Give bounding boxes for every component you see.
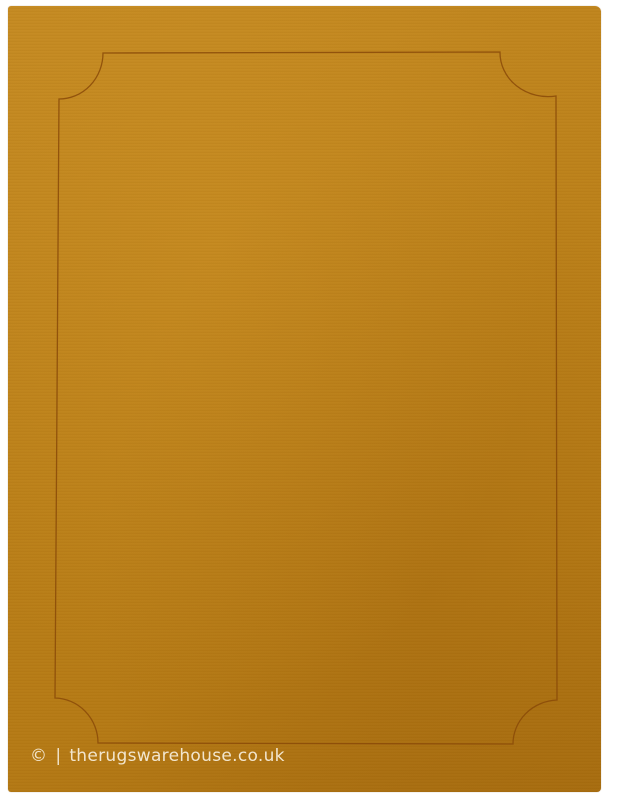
copyright-icon: ©: [30, 746, 47, 766]
carved-inner-border: [0, 0, 622, 800]
watermark-separator: |: [55, 746, 61, 766]
watermark: ©|therugswarehouse.co.uk: [30, 746, 285, 766]
watermark-site: therugswarehouse.co.uk: [69, 746, 284, 766]
